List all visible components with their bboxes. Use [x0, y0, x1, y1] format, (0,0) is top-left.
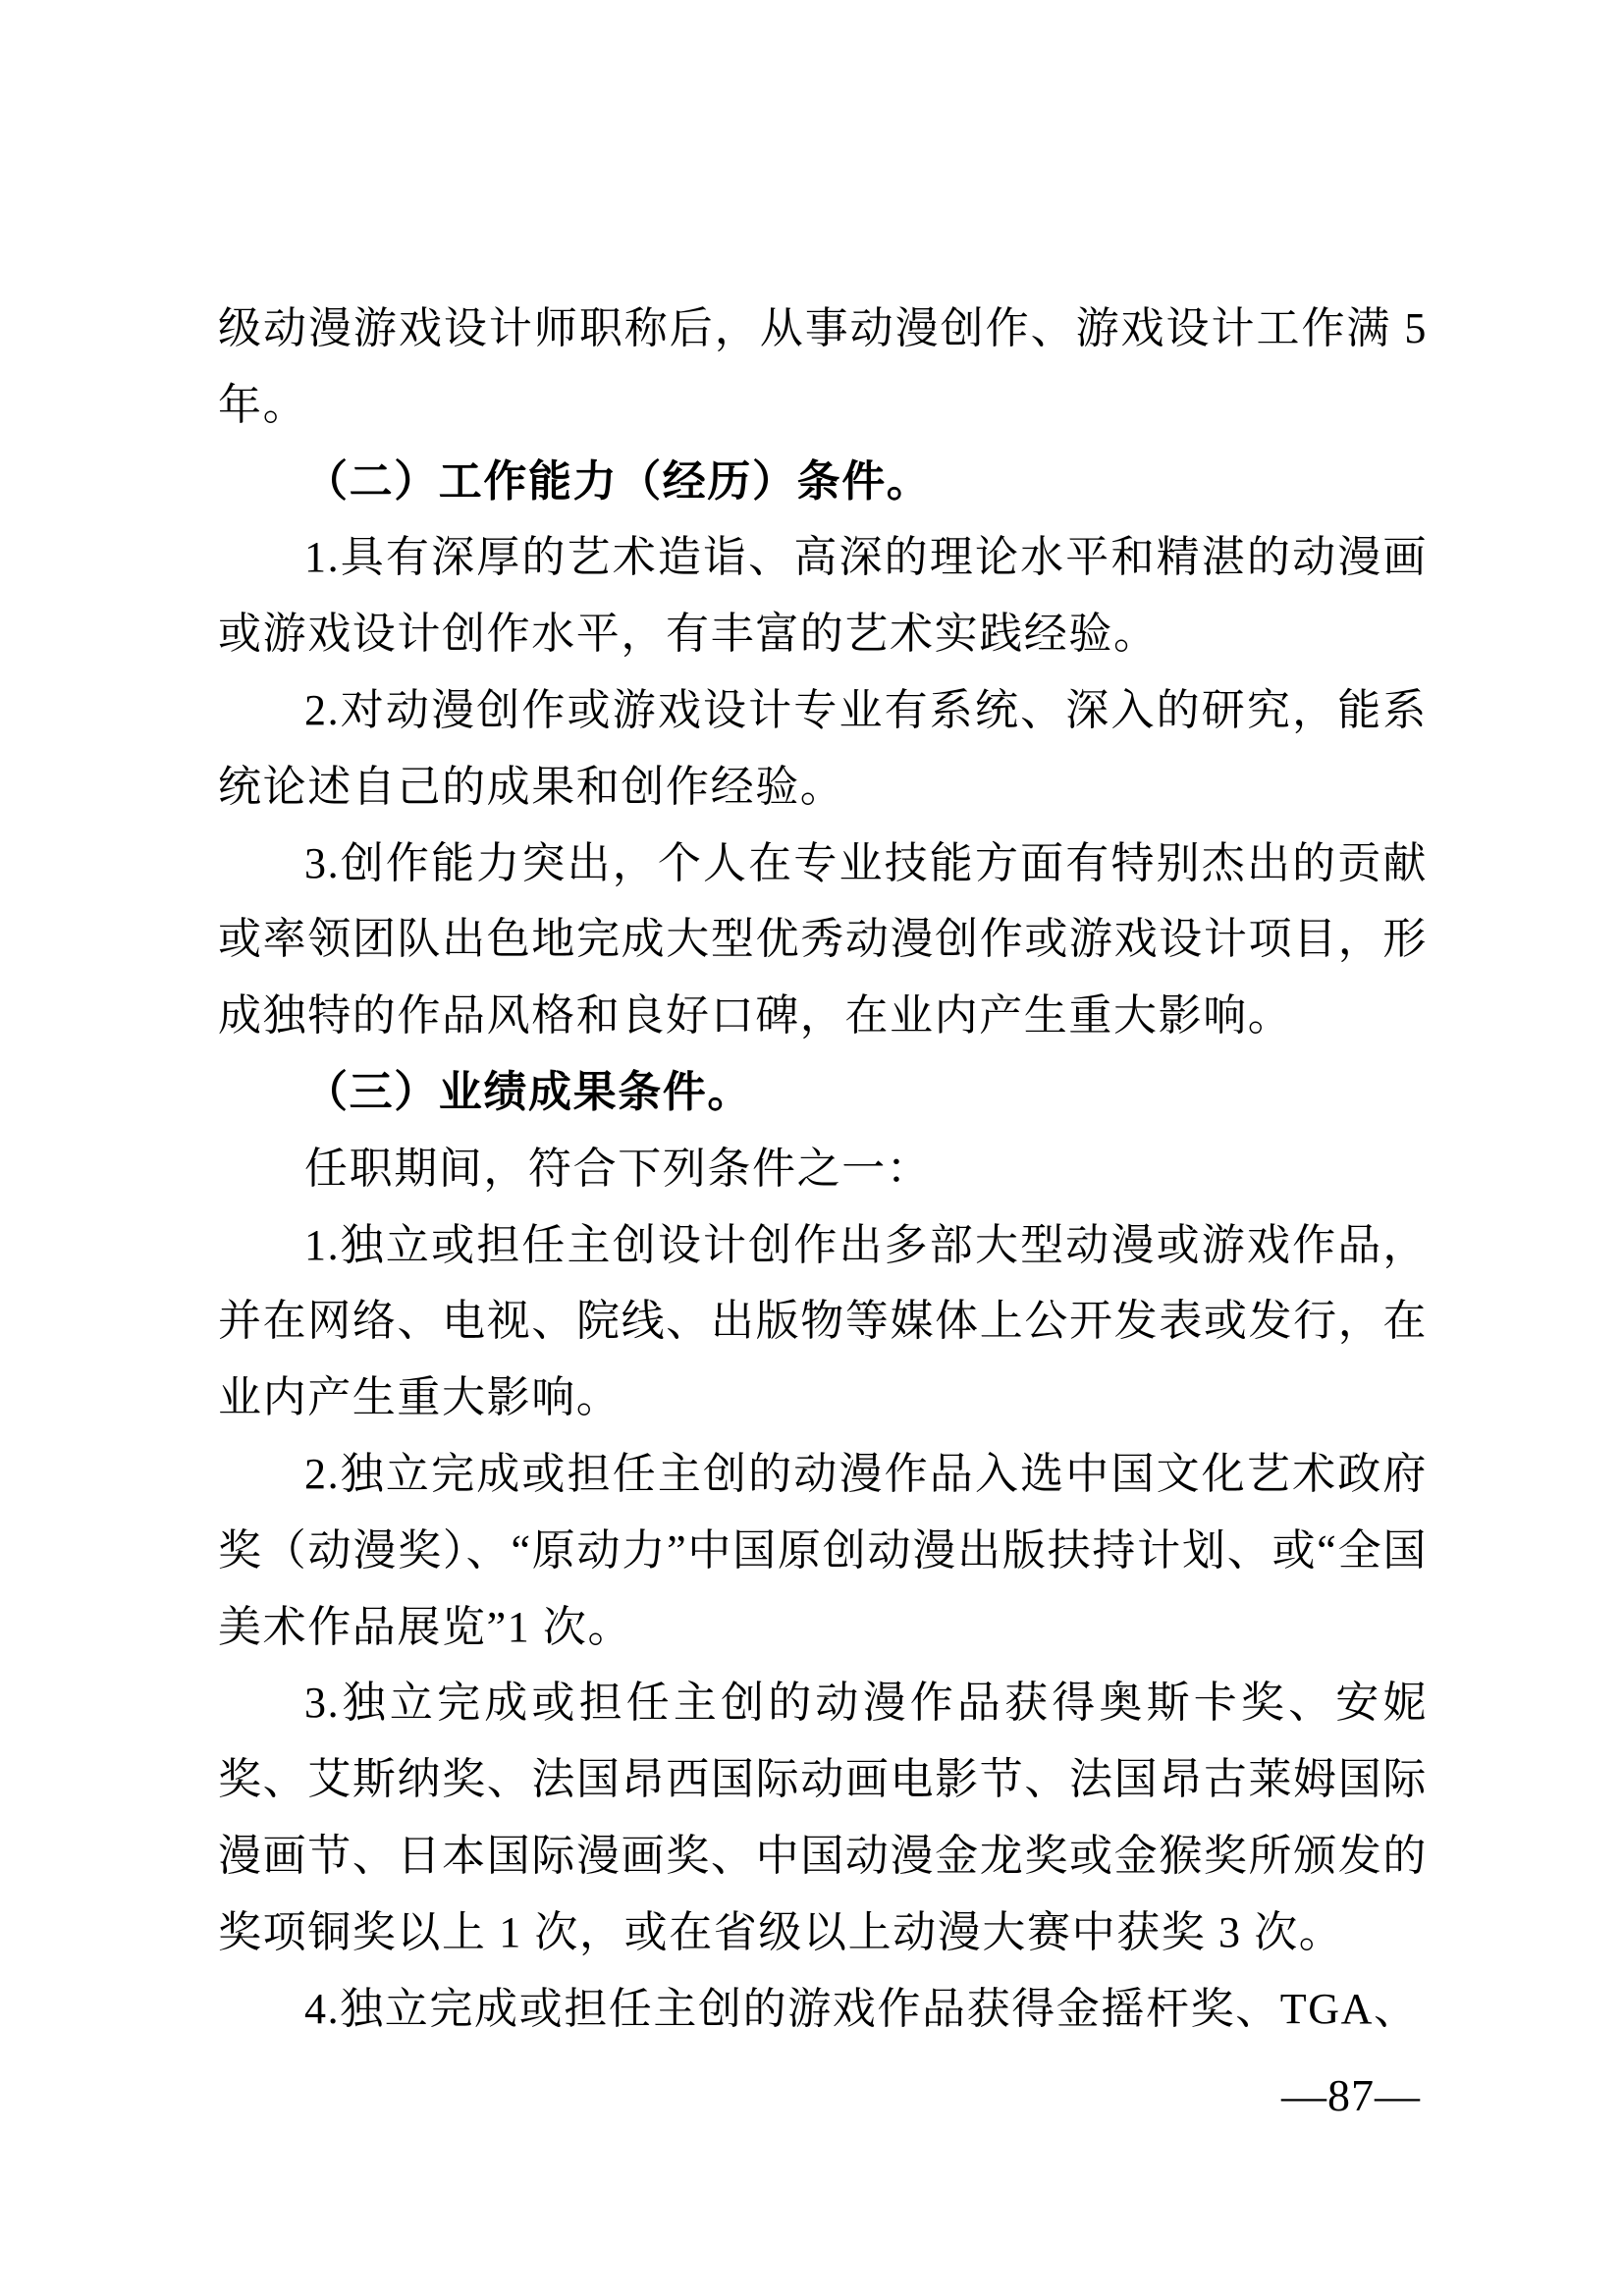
document-page: 级动漫游戏设计师职称后，从事动漫创作、游戏设计工作满 5 年。 （二）工作能力（… [0, 0, 1623, 2296]
paragraph: 3.独立完成或担任主创的动漫作品获得奥斯卡奖、安妮奖、艾斯纳奖、法国昂西国际动画… [218, 1665, 1428, 1970]
paragraph: 1.具有深厚的艺术造诣、高深的理论水平和精湛的动漫画或游戏设计创作水平，有丰富的… [218, 519, 1428, 672]
paragraph: 任职期间，符合下列条件之一： [218, 1131, 1428, 1207]
paragraph: 3.创作能力突出，个人在专业技能方面有特别杰出的贡献或率领团队出色地完成大型优秀… [218, 826, 1428, 1054]
document-body: 级动漫游戏设计师职称后，从事动漫创作、游戏设计工作满 5 年。 （二）工作能力（… [218, 291, 1428, 2047]
paragraph: 1.独立或担任主创设计创作出多部大型动漫或游戏作品，并在网络、电视、院线、出版物… [218, 1207, 1428, 1436]
paragraph: 2.对动漫创作或游戏设计专业有系统、深入的研究，能系统论述自己的成果和创作经验。 [218, 672, 1428, 826]
paragraph: 4.独立完成或担任主创的游戏作品获得金摇杆奖、TGA、 [218, 1971, 1428, 2048]
section-heading-3: （三）业绩成果条件。 [218, 1054, 1428, 1131]
section-heading-2: （二）工作能力（经历）条件。 [218, 444, 1428, 520]
paragraph-continuation: 级动漫游戏设计师职称后，从事动漫创作、游戏设计工作满 5 年。 [218, 291, 1428, 444]
paragraph: 2.独立完成或担任主创的动漫作品入选中国文化艺术政府奖（动漫奖）、“原动力”中国… [218, 1436, 1428, 1665]
page-number: —87— [1281, 2073, 1421, 2118]
